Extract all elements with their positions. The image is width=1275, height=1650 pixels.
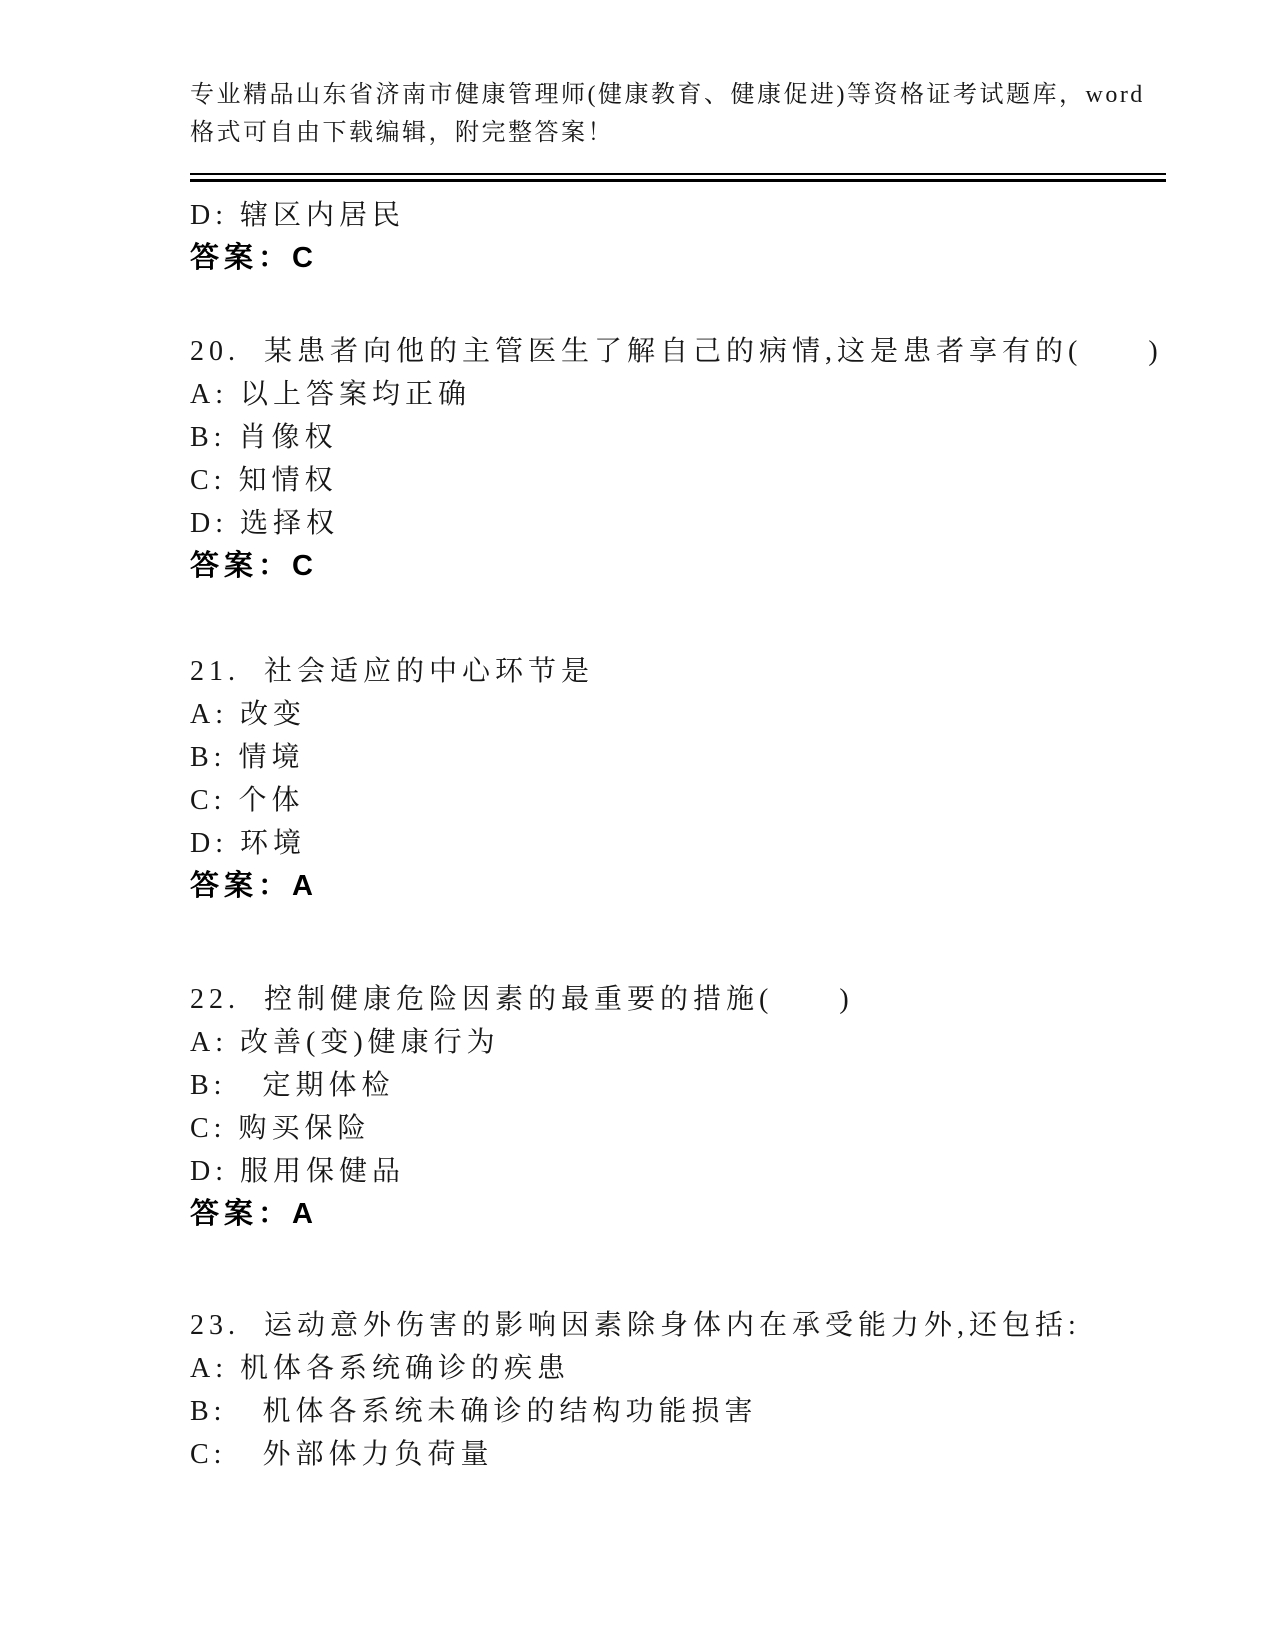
question-block-22: 22. 控制健康危险因素的最重要的措施( ) A: 改善(变)健康行为 B: 定…	[190, 978, 1166, 1236]
answer-line: 答案：C	[190, 545, 1166, 588]
option-line: B: 机体各系统未确诊的结构功能损害	[190, 1390, 1166, 1433]
header-text-line-1: 专业精品山东省济南市健康管理师(健康教育、健康促进)等资格证考试题库，word	[190, 76, 1166, 114]
question-title: 23. 运动意外伤害的影响因素除身体内在承受能力外,还包括:	[190, 1304, 1166, 1347]
document-page: 专业精品山东省济南市健康管理师(健康教育、健康促进)等资格证考试题库，word …	[0, 0, 1275, 1650]
option-line: B: 情境	[190, 736, 1166, 779]
answer-line: 答案：A	[190, 1193, 1166, 1236]
header-text-line-2: 格式可自由下载编辑，附完整答案！	[190, 114, 1166, 152]
option-line: B: 定期体检	[190, 1064, 1166, 1107]
question-title: 22. 控制健康危险因素的最重要的措施( )	[190, 978, 1166, 1021]
question-block-23: 23. 运动意外伤害的影响因素除身体内在承受能力外,还包括: A: 机体各系统确…	[190, 1304, 1166, 1476]
carryover-answer-line: 答案：C	[190, 237, 1166, 280]
option-line: D: 环境	[190, 822, 1166, 865]
option-line: A: 机体各系统确诊的疾患	[190, 1347, 1166, 1390]
question-title: 20. 某患者向他的主管医生了解自己的病情,这是患者享有的( )	[190, 330, 1166, 373]
question-block-20: 20. 某患者向他的主管医生了解自己的病情,这是患者享有的( ) A: 以上答案…	[190, 330, 1166, 588]
option-line: C: 外部体力负荷量	[190, 1433, 1166, 1476]
option-line: A: 改变	[190, 693, 1166, 736]
option-line: D: 服用保健品	[190, 1150, 1166, 1193]
header-divider	[190, 173, 1166, 182]
option-line: A: 改善(变)健康行为	[190, 1021, 1166, 1064]
option-line: B: 肖像权	[190, 416, 1166, 459]
document-body: D: 辖区内居民 答案：C 20. 某患者向他的主管医生了解自己的病情,这是患者…	[190, 194, 1166, 1476]
option-line: D: 选择权	[190, 502, 1166, 545]
answer-line: 答案：A	[190, 865, 1166, 908]
question-block-21: 21. 社会适应的中心环节是 A: 改变 B: 情境 C: 个体 D: 环境 答…	[190, 650, 1166, 908]
question-title: 21. 社会适应的中心环节是	[190, 650, 1166, 693]
option-line: C: 个体	[190, 779, 1166, 822]
carryover-option-d: D: 辖区内居民	[190, 194, 1166, 237]
option-line: C: 购买保险	[190, 1107, 1166, 1150]
option-line: C: 知情权	[190, 459, 1166, 502]
page-header: 专业精品山东省济南市健康管理师(健康教育、健康促进)等资格证考试题库，word …	[190, 76, 1166, 152]
page-content: 专业精品山东省济南市健康管理师(健康教育、健康促进)等资格证考试题库，word …	[0, 0, 1275, 1476]
option-line: A: 以上答案均正确	[190, 373, 1166, 416]
